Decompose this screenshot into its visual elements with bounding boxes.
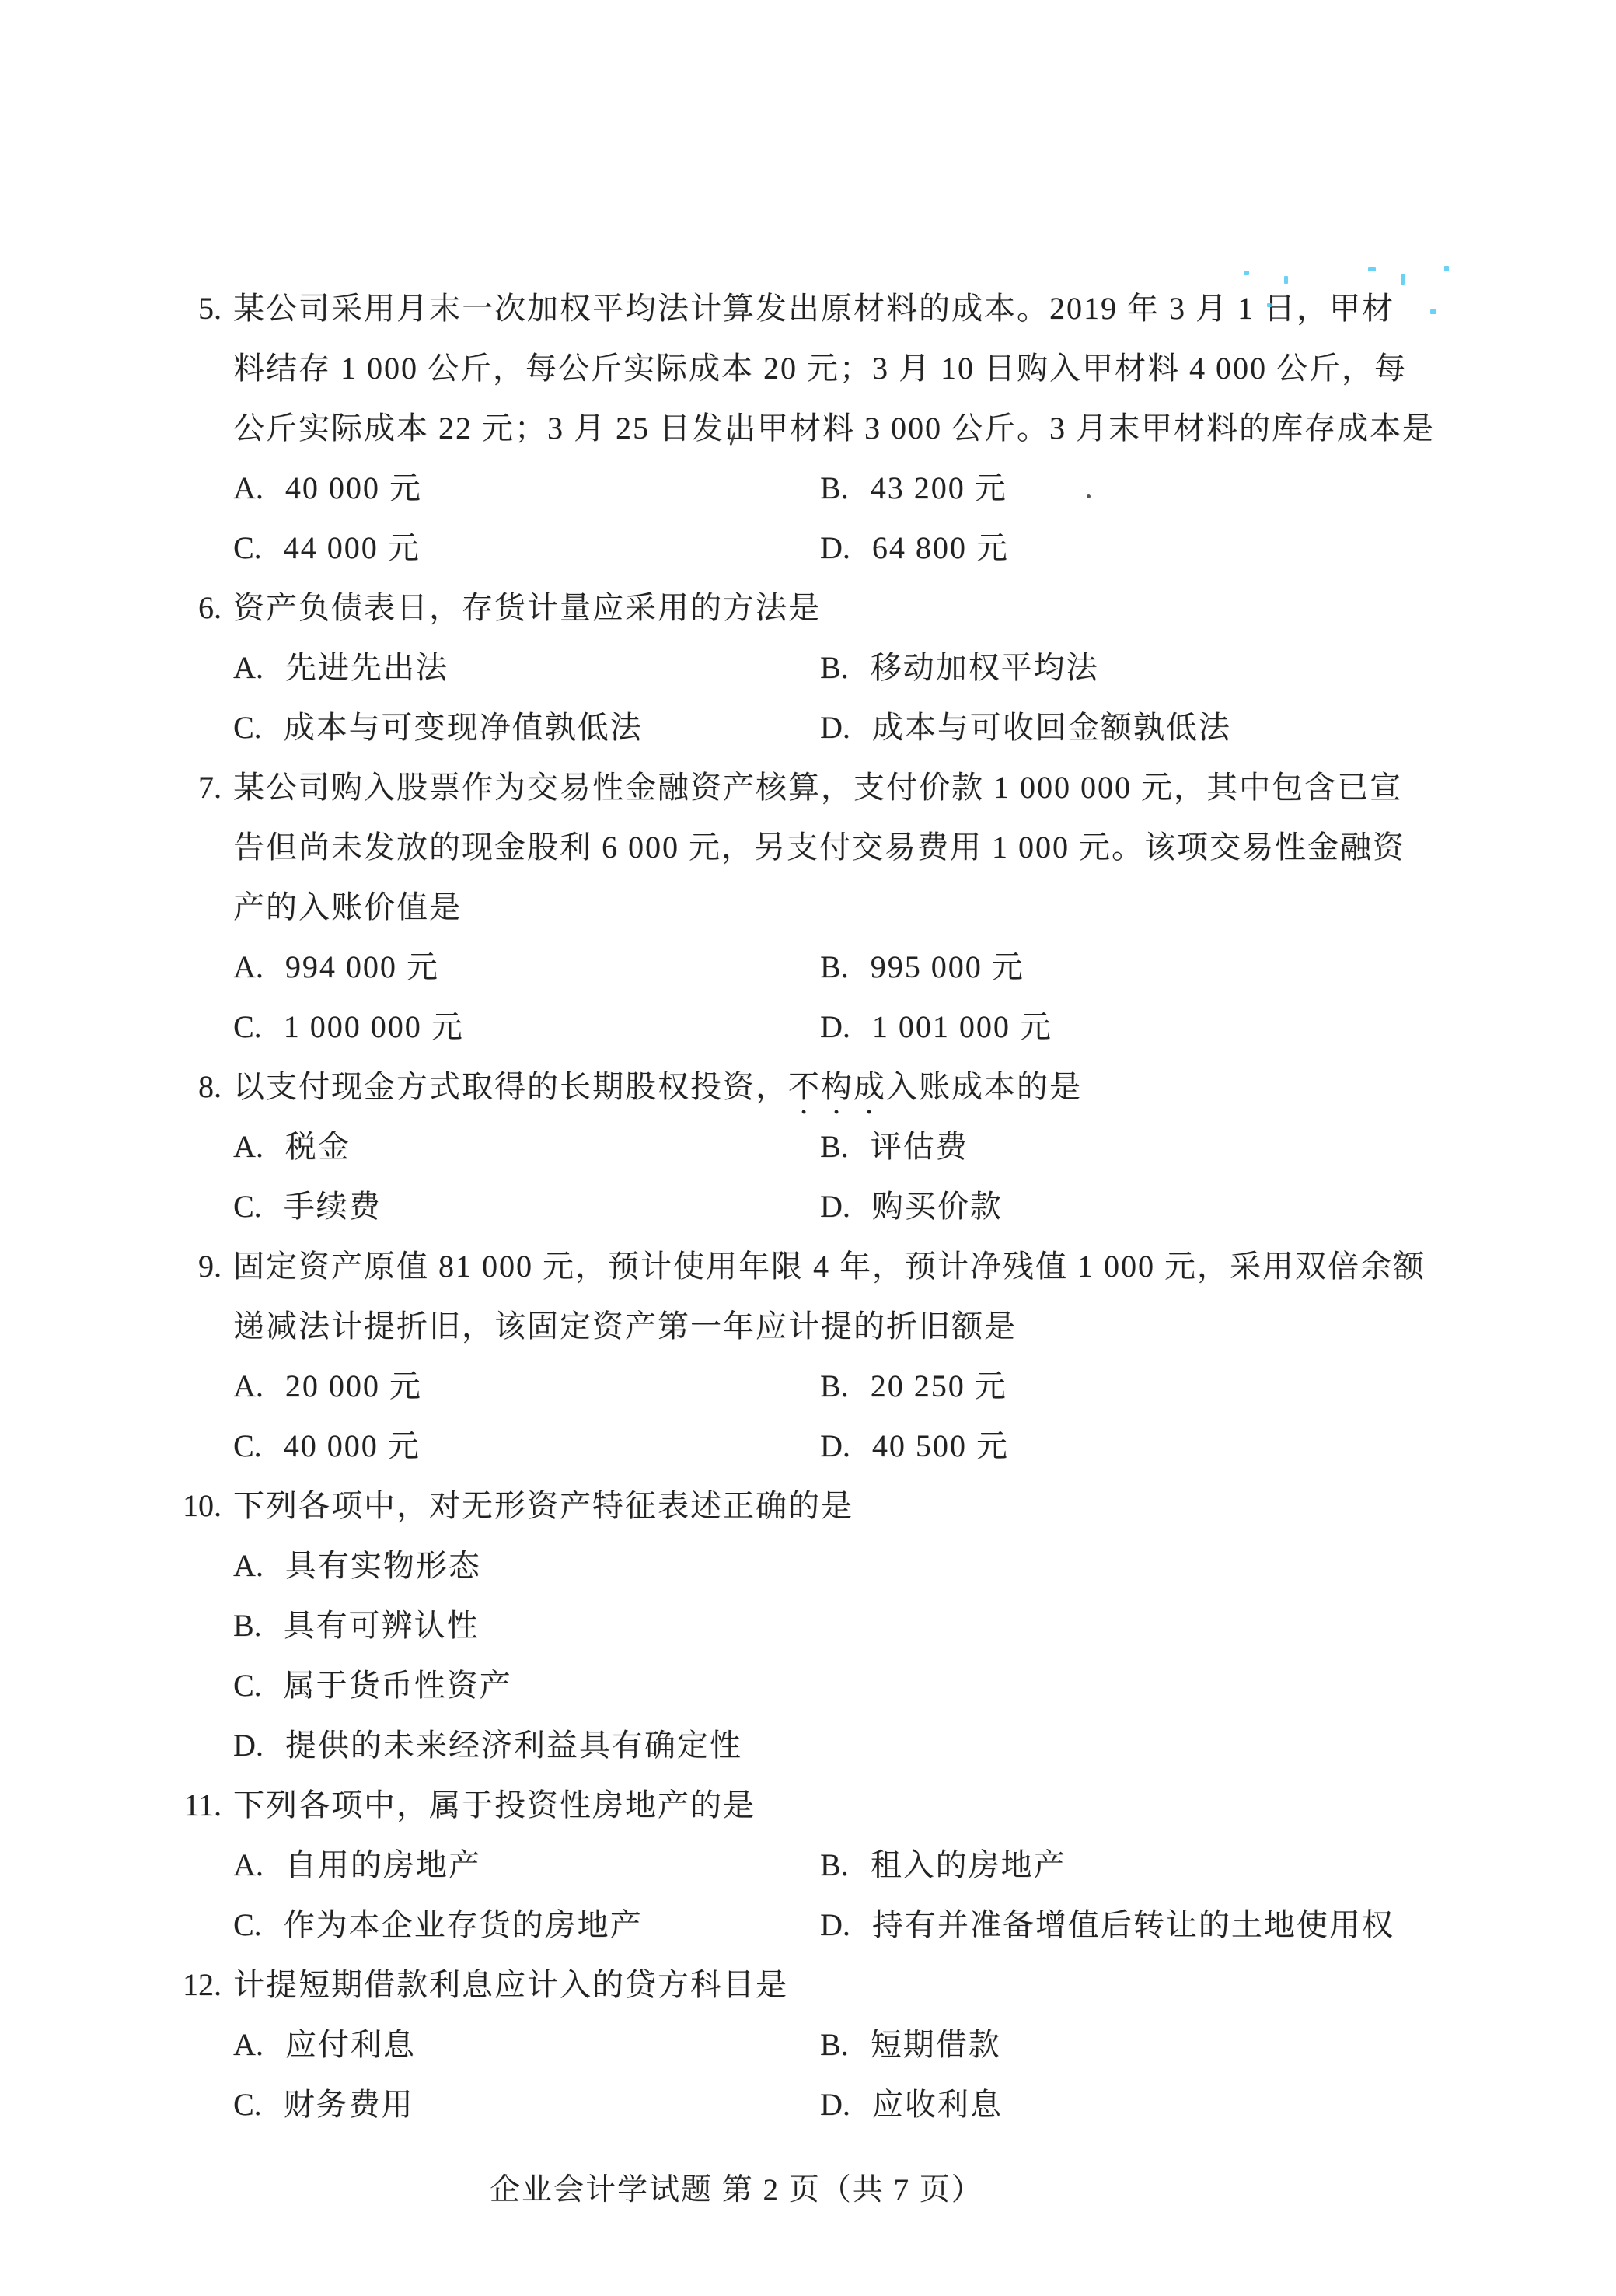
option-text: 提供的未来经济利益具有确定性 [285,1728,742,1763]
question-6-option-d: D.成本与可收回金额孰低法 [820,697,1231,757]
option-text: 作为本企业存货的房地产 [284,1907,643,1942]
scan-artifact [1444,266,1449,271]
option-text: 995 000 元 [871,949,1024,984]
question-5-stem-line-2: 料结存 1 000 公斤，每公斤实际成本 20 元；3 月 10 日购入甲材料 … [233,338,1477,398]
question-5-option-c: C.44 000 元 [233,518,421,578]
option-label: C. [233,697,262,757]
exam-body: 5. 某公司采用月末一次加权平均法计算发出原材料的成本。2019 年 3 月 1… [233,278,1477,2134]
question-7-options-cd: C.1 000 000 元 D.1 001 000 元 [233,997,1477,1057]
option-text: 手续费 [284,1189,382,1224]
option-label: C. [233,997,262,1057]
question-6-options-cd: C.成本与可变现净值孰低法 D.成本与可收回金额孰低法 [233,697,1477,757]
option-label: C. [233,1416,262,1476]
question-8-number: 8. [159,1057,222,1117]
question-11-stem: 11. 下列各项中，属于投资性房地产的是 [233,1775,1477,1835]
question-12-stem-text: 计提短期借款利息应计入的贷方科目是 [233,1967,788,2002]
option-label: C. [233,2074,262,2134]
option-text: 评估费 [871,1129,969,1164]
option-label: D. [820,518,850,578]
option-text: 购买价款 [872,1189,1003,1224]
question-6-stem-text: 资产负债表日，存货计量应采用的方法是 [233,590,821,625]
option-label: A. [233,1536,264,1595]
question-11-option-d: D.持有并准备增值后转让的土地使用权 [820,1895,1394,1955]
option-text: 44 000 元 [284,530,421,565]
question-5-options-cd: C.44 000 元 D.64 800 元 [233,518,1477,578]
option-label: C. [233,1895,262,1955]
question-7-stem-text: 某公司购入股票作为交易性金融资产核算，支付价款 1 000 000 元，其中包含… [233,770,1402,805]
question-9-option-b: B.20 250 元 [820,1356,1007,1416]
option-label: B. [820,1356,849,1416]
option-label: A. [233,458,264,518]
question-9-options-ab: A.20 000 元 B.20 250 元 [233,1356,1477,1416]
option-text: 40 000 元 [284,1428,421,1463]
question-5-stem-text: 公斤实际成本 22 元；3 月 25 日发出甲材料 3 000 公斤。3 月末甲… [233,411,1435,446]
page-footer: 企业会计学试题 第 2 页（共 7 页） [490,2160,983,2220]
question-7-option-c: C.1 000 000 元 [233,997,464,1057]
question-9-number: 9. [159,1236,222,1296]
question-8-stem-emphasis: 不构成 [788,1069,886,1104]
option-text: 20 000 元 [285,1368,422,1403]
question-5-option-a: A.40 000 元 [233,458,422,518]
exam-page: 5. 某公司采用月末一次加权平均法计算发出原材料的成本。2019 年 3 月 1… [0,0,1616,2296]
option-label: B. [820,1117,849,1176]
question-7-options-ab: A.994 000 元 B.995 000 元 [233,937,1477,997]
option-text: 短期借款 [871,2027,1001,2062]
option-label: D. [820,697,850,757]
option-text: 1 001 000 元 [872,1009,1052,1044]
option-label: D. [820,997,850,1057]
question-6-options-ab: A.先进先出法 B.移动加权平均法 [233,638,1477,697]
option-label: B. [233,1595,262,1655]
option-text: 税金 [285,1129,351,1164]
question-7-stem-text: 产的入账价值是 [233,889,462,924]
question-9-stem-line-1: 9. 固定资产原值 81 000 元，预计使用年限 4 年，预计净残值 1 00… [233,1236,1477,1296]
question-10-number: 10. [159,1476,222,1536]
option-text: 先进先出法 [285,650,449,685]
question-7-stem-line-2: 告但尚未发放的现金股利 6 000 元，另支付交易费用 1 000 元。该项交易… [233,817,1477,877]
option-label: A. [233,2015,264,2074]
question-12-option-d: D.应收利息 [820,2074,1003,2134]
option-text: 成本与可收回金额孰低法 [872,710,1231,745]
option-label: B. [820,638,849,697]
option-text: 具有实物形态 [285,1548,481,1583]
question-8-stem: 8. 以支付现金方式取得的长期股权投资，不构成入账成本的是 [233,1057,1477,1117]
question-5-option-b: B.43 200 元 [820,458,1007,518]
question-7-stem-text: 告但尚未发放的现金股利 6 000 元，另支付交易费用 1 000 元。该项交易… [233,830,1405,865]
option-label: A. [233,638,264,697]
question-11-options-cd: C.作为本企业存货的房地产 D.持有并准备增值后转让的土地使用权 [233,1895,1477,1955]
option-text: 持有并准备增值后转让的土地使用权 [872,1907,1394,1942]
question-6-option-c: C.成本与可变现净值孰低法 [233,697,643,757]
question-9-option-d: D.40 500 元 [820,1416,1009,1476]
question-5-option-d: D.64 800 元 [820,518,1009,578]
question-6-option-a: A.先进先出法 [233,638,449,697]
option-label: B. [820,937,849,997]
question-12-option-c: C.财务费用 [233,2074,414,2134]
scan-artifact [1244,271,1249,275]
option-text: 移动加权平均法 [871,650,1099,685]
option-label: C. [233,1176,262,1236]
question-11-options-ab: A.自用的房地产 B.租入的房地产 [233,1835,1477,1895]
question-8-option-b: B.评估费 [820,1117,969,1176]
question-7-stem-line-3: 产的入账价值是 [233,877,1477,937]
question-5-stem-line-1: 5. 某公司采用月末一次加权平均法计算发出原材料的成本。2019 年 3 月 1… [233,278,1477,338]
option-label: C. [233,1655,262,1715]
option-text: 具有可辨认性 [284,1608,480,1643]
question-7-option-a: A.994 000 元 [233,937,439,997]
scan-artifact [1368,267,1376,271]
question-5-number: 5. [159,278,222,338]
option-text: 租入的房地产 [871,1847,1066,1882]
question-9-stem-text: 固定资产原值 81 000 元，预计使用年限 4 年，预计净残值 1 000 元… [233,1249,1426,1284]
question-7-option-b: B.995 000 元 [820,937,1024,997]
question-9-option-c: C.40 000 元 [233,1416,421,1476]
question-7-number: 7. [159,757,222,817]
option-label: B. [820,1835,849,1895]
question-10-option-d: D.提供的未来经济利益具有确定性 [233,1715,1477,1775]
option-label: A. [233,1356,264,1416]
option-text: 1 000 000 元 [284,1009,464,1044]
question-7-stem-line-1: 7. 某公司购入股票作为交易性金融资产核算，支付价款 1 000 000 元，其… [233,757,1477,817]
option-text: 成本与可变现净值孰低法 [284,710,643,745]
question-5-stem-text: 料结存 1 000 公斤，每公斤实际成本 20 元；3 月 10 日购入甲材料 … [233,351,1407,386]
question-12-options-cd: C.财务费用 D.应收利息 [233,2074,1477,2134]
question-9-stem-text: 递减法计提折旧，该固定资产第一年应计提的折旧额是 [233,1309,1017,1344]
question-6-number: 6. [159,578,222,638]
question-6-option-b: B.移动加权平均法 [820,638,1099,697]
question-8-options-cd: C.手续费 D.购买价款 [233,1176,1477,1236]
option-text: 40 000 元 [285,470,422,505]
option-label: D. [820,1416,850,1476]
question-9-stem-line-2: 递减法计提折旧，该固定资产第一年应计提的折旧额是 [233,1296,1477,1356]
question-11-option-a: A.自用的房地产 [233,1835,481,1895]
question-8-option-c: C.手续费 [233,1176,382,1236]
option-label: B. [820,2015,849,2074]
question-7-option-d: D.1 001 000 元 [820,997,1052,1057]
option-label: B. [820,458,849,518]
question-8-option-a: A.税金 [233,1117,351,1176]
question-8-options-ab: A.税金 B.评估费 [233,1117,1477,1176]
option-text: 40 500 元 [872,1428,1009,1463]
question-12-stem: 12. 计提短期借款利息应计入的贷方科目是 [233,1955,1477,2015]
question-8-option-d: D.购买价款 [820,1176,1003,1236]
question-12-option-a: A.应付利息 [233,2015,416,2074]
question-11-stem-text: 下列各项中，属于投资性房地产的是 [233,1788,756,1822]
question-9-option-a: A.20 000 元 [233,1356,422,1416]
question-12-option-b: B.短期借款 [820,2015,1001,2074]
question-11-option-b: B.租入的房地产 [820,1835,1066,1895]
option-text: 20 250 元 [871,1368,1007,1403]
question-5-options-ab: A.40 000 元 B.43 200 元 [233,458,1477,518]
question-10-option-c: C.属于货币性资产 [233,1655,1477,1715]
option-text: 64 800 元 [872,530,1009,565]
option-label: A. [233,1835,264,1895]
question-5-stem-line-3: 公斤实际成本 22 元；3 月 25 日发出甲材料 3 000 公斤。3 月末甲… [233,398,1477,458]
option-label: A. [233,1117,264,1176]
question-6-stem: 6. 资产负债表日，存货计量应采用的方法是 [233,578,1477,638]
option-label: A. [233,937,264,997]
question-12-number: 12. [159,1955,222,2015]
question-5-stem-text: 某公司采用月末一次加权平均法计算发出原材料的成本。2019 年 3 月 1 日，… [233,291,1394,326]
question-10-stem-text: 下列各项中，对无形资产特征表述正确的是 [233,1488,853,1523]
option-label: D. [820,1895,850,1955]
question-9-options-cd: C.40 000 元 D.40 500 元 [233,1416,1477,1476]
option-text: 994 000 元 [285,949,439,984]
question-8-stem-suffix: 入账成本的是 [886,1069,1082,1104]
option-label: D. [820,1176,850,1236]
option-label: D. [233,1715,264,1775]
question-11-number: 11. [159,1775,222,1835]
question-10-stem: 10. 下列各项中，对无形资产特征表述正确的是 [233,1476,1477,1536]
option-label: D. [820,2074,850,2134]
option-text: 43 200 元 [871,470,1007,505]
option-label: C. [233,518,262,578]
option-text: 属于货币性资产 [284,1668,512,1703]
option-text: 财务费用 [284,2087,414,2122]
question-10-option-b: B.具有可辨认性 [233,1595,1477,1655]
question-10-option-a: A.具有实物形态 [233,1536,1477,1595]
option-text: 应付利息 [285,2027,416,2062]
question-8-stem-prefix: 以支付现金方式取得的长期股权投资， [233,1069,788,1104]
option-text: 应收利息 [872,2087,1003,2122]
option-text: 自用的房地产 [285,1847,481,1882]
question-12-options-ab: A.应付利息 B.短期借款 [233,2015,1477,2074]
question-11-option-c: C.作为本企业存货的房地产 [233,1895,643,1955]
